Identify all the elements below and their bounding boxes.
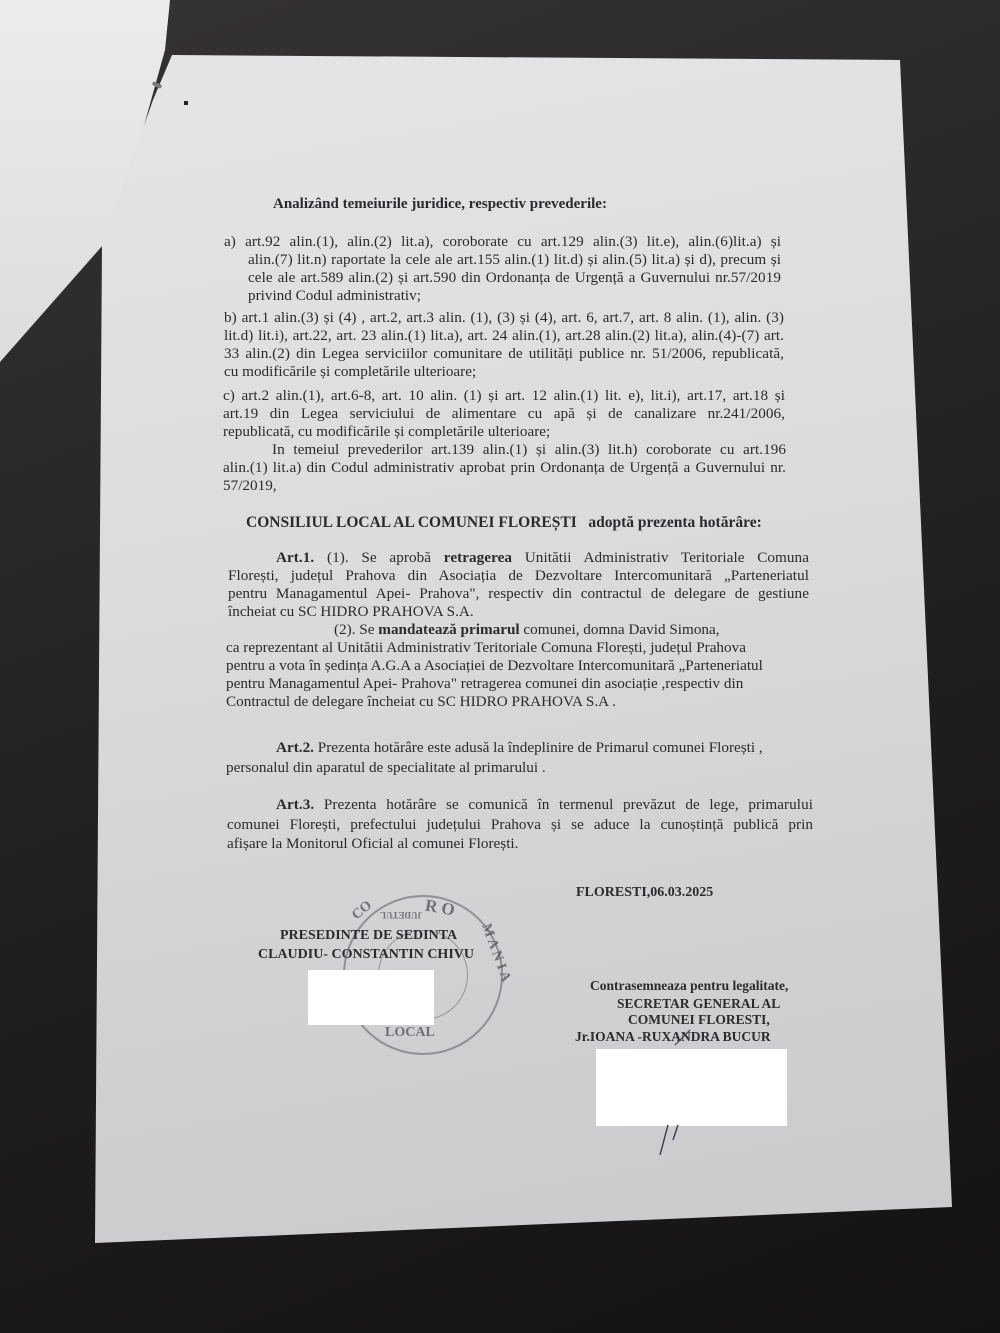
redacted-signature-president	[308, 970, 434, 1025]
clause-c-line-2: art.19 din Legea serviciului de alimenta…	[223, 405, 785, 423]
clause-a-line-2: alin.(7) lit.n) raportate la cele ale ar…	[248, 251, 781, 269]
clause-c-line-1: c) art.2 alin.(1), art.6-8, art. 10 alin…	[223, 387, 785, 405]
clause-c-line-3: republicată, cu modificările și completă…	[223, 423, 550, 441]
ink-dot	[184, 101, 188, 105]
art1-paragraph-1-first-line: Art.1. (1). Se aprobă retragerea Unităti…	[276, 549, 809, 567]
section-heading: Analizând temeiurile juridice, respectiv…	[273, 196, 607, 213]
clause-a-line-4: privind Codul administrativ;	[248, 287, 421, 305]
art1-p1-line-4: încheiat cu SC HIDRO PRAHOVA S.A.	[228, 603, 474, 621]
art3-first-line: Art.3. Prezenta hotărâre se comunică în …	[276, 796, 813, 814]
art2-label: Art.2.	[276, 739, 314, 756]
stamp-text-bottom: LOCAL	[385, 1025, 435, 1041]
art1-p1-prefix: (1). Se aprobă	[327, 549, 431, 566]
art1-p2-line-2: ca reprezentant al Unitătii Administrati…	[226, 639, 746, 657]
art1-paragraph-2-first-line: (2). Se mandatează primarul comunei, dom…	[334, 621, 720, 639]
clause-b-line-3: 33 alin.(2) din Legea serviciilor comuni…	[224, 345, 784, 363]
art1-p2-rest: comunei, domna David Simona,	[523, 621, 719, 638]
secretary-line-2: SECRETAR GENERAL AL	[617, 996, 780, 1012]
art1-p1-line-2: Florești, județul Prahova din Asociația …	[228, 567, 809, 585]
art1-p2-line-4: pentru Managamentul Apei- Prahova" retra…	[226, 675, 743, 693]
art1-p1-rest: Unitătii Administrativ Teritoriale Comun…	[525, 549, 809, 566]
art3-line-2: comunei Florești, prefectului județului …	[227, 816, 813, 834]
art1-p2-line-3: pentru a vota în ședința A.G.A a Asociaț…	[226, 657, 763, 675]
temei-line-3: 57/2019,	[223, 477, 277, 495]
art2-text: Prezenta hotărâre este adusă la îndeplin…	[318, 739, 763, 756]
temei-line-2: alin.(1) lit.a) din Codul administrativ …	[223, 459, 786, 477]
clause-a-line-3: cele ale art.589 alin.(2) și art.590 din…	[248, 269, 781, 287]
temei-line-1: In temeiul prevederilor art.139 alin.(1)…	[272, 441, 786, 459]
art2-first-line: Art.2. Prezenta hotărâre este adusă la î…	[276, 739, 763, 757]
clause-b-line-4: cu modificările și completările ulterioa…	[224, 363, 476, 381]
art2-line-2: personalul din aparatul de specialitate …	[226, 759, 546, 777]
secretary-line-1: Contrasemneaza pentru legalitate,	[590, 978, 788, 994]
president-title: PRESEDINTE DE SEDINTA	[280, 928, 457, 944]
art1-label: Art.1.	[276, 549, 314, 566]
clause-b-line-2: lit.d) lit.i), art.22, art. 23 alin.(1) …	[224, 327, 784, 345]
clause-b-line-1: b) art.1 alin.(3) și (4) , art.2, art.3 …	[224, 309, 784, 327]
art1-p2-prefix: (2). Se	[334, 621, 375, 638]
art1-p2-bold: mandatează primarul	[378, 621, 519, 638]
art1-p2-line-5: Contractul de delegare încheiat cu SC HI…	[226, 693, 616, 711]
president-name: CLAUDIU- CONSTANTIN CHIVU	[258, 947, 474, 963]
clause-a-line-1: a) art.92 alin.(1), alin.(2) lit.a), cor…	[224, 233, 781, 251]
art1-p1-line-3: pentru Managamentul Apei- Prahova", resp…	[228, 585, 809, 603]
council-title: CONSILIUL LOCAL AL COMUNEI FLOREȘTI adop…	[246, 514, 762, 532]
stamp-text-inner: JUDETUL	[380, 910, 422, 920]
art3-line-3: afișare la Monitorul Oficial al comunei …	[227, 835, 518, 853]
signature-stroke	[640, 1025, 700, 1165]
council-name: CONSILIUL LOCAL AL COMUNEI FLOREȘTI	[246, 514, 577, 531]
art3-text: Prezenta hotărâre se comunică în termenu…	[324, 796, 813, 813]
art1-p1-bold: retragerea	[444, 549, 512, 566]
council-action: adoptă prezenta hotărâre:	[588, 514, 761, 531]
art3-label: Art.3.	[276, 796, 314, 813]
place-date: FLORESTI,06.03.2025	[576, 885, 713, 901]
